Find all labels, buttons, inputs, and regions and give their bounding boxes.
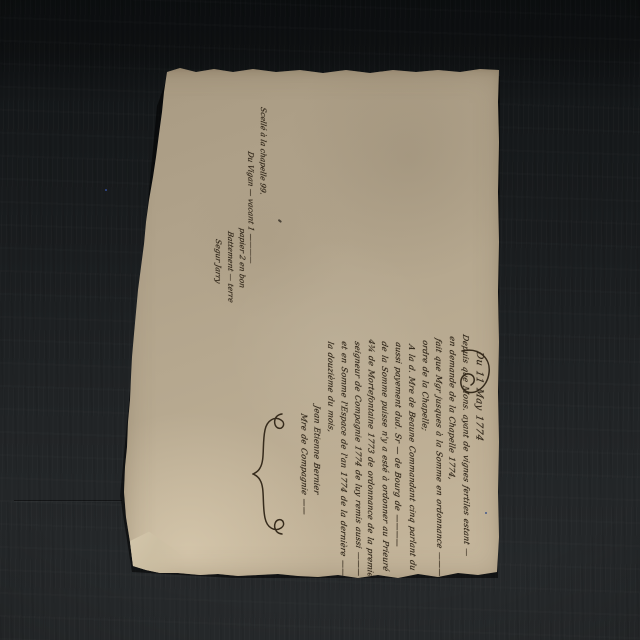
photo-scene: Scellé à la chapelle 99. Du Vigan — vaca… bbox=[0, 0, 640, 640]
margin-note-line: papier 2 en bon bbox=[236, 227, 248, 319]
margin-note-line: Du Vigan — vacant 1 ———— bbox=[244, 106, 258, 219]
paper-fleck bbox=[278, 219, 282, 223]
letter-line: 4¾ de Mortefontaine 1773 de ordonnance d… bbox=[363, 330, 378, 562]
letter-line: de la Somme puisse n'y a esté à ordonner… bbox=[378, 330, 393, 563]
letter-line: fait que Mgr jusques à la Somme en ordon… bbox=[432, 330, 447, 563]
closing-line: Mre de Compagnie —— bbox=[297, 330, 312, 563]
ink-speck bbox=[485, 512, 487, 514]
letter-line: et en Somme l'Espace de l'an 1774 de la … bbox=[336, 330, 351, 562]
manuscript-paper: Scellé à la chapelle 99. Du Vigan — vaca… bbox=[118, 62, 510, 584]
paper-corner-curl bbox=[126, 528, 198, 574]
letter-line: ordre de la Chapelle; bbox=[417, 330, 432, 562]
date-initial-flourish bbox=[458, 347, 492, 397]
letter-line: A la d. Mre de Beaune Commandant cinq pa… bbox=[405, 330, 420, 563]
table-scratch bbox=[14, 500, 122, 501]
dust-speck bbox=[105, 189, 107, 191]
margin-note-upper: Scellé à la chapelle 99. Du Vigan — vaca… bbox=[244, 106, 270, 216]
letter-line: la douzième du mois, bbox=[324, 330, 339, 563]
margin-note-line: Scellé à la chapelle 99. bbox=[256, 106, 270, 218]
signature-paraph-flourish bbox=[252, 408, 288, 536]
letter-line: seigneur de Compagnie 1774 de luy remis … bbox=[351, 330, 366, 563]
margin-note-lower: papier 2 en bon Battement — terre Segur … bbox=[212, 227, 248, 317]
closing-line: Jean Etienne Bernier bbox=[309, 330, 324, 562]
margin-note-line: Segur Jarry bbox=[212, 227, 224, 319]
letter-line: aussi payement dud. Sr — de Bourg de ———… bbox=[390, 330, 405, 562]
letter-line: en demande de la Chapelle 1774, bbox=[444, 330, 459, 562]
margin-note-line: Battement — terre bbox=[224, 227, 236, 320]
